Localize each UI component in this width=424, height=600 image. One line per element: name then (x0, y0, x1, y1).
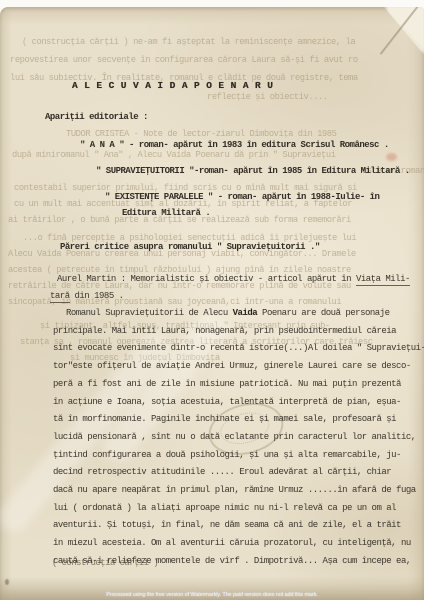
author-surname-bold: Vaida (233, 308, 258, 318)
paragraph-line: în acțiune e Ioana, soția acestuia, tale… (53, 397, 401, 407)
paragraph-line: lui ( ordonată ) la aliați aproape nimic… (53, 503, 396, 513)
ghost-line: după miniromanul " Ana" , Alecu Vaida Po… (12, 150, 336, 160)
paragraph-line: principale. Mai întîi Laura, nonagenară,… (53, 326, 396, 336)
periodical-name-part1: Viața Mili- (356, 274, 410, 286)
editorial-heading: Apariții editoriale : (45, 112, 148, 122)
paragraph-line: tă în morfinomanie. Paginile închinate e… (53, 414, 396, 424)
paragraph-line: Romanul Supraviețuitorii de Alecu Vaida … (66, 308, 389, 318)
book-entry-ana: " A N A " - roman- apărut în 1983 în edi… (80, 140, 389, 150)
article-reference-line1: Aurel Martin : Memorialistic și obiectiv… (57, 274, 410, 284)
paragraph-line: tor"este ofițerul de aviație Andrei Urmu… (53, 361, 411, 371)
page-title: A L E C U V A I D A P O E N A R U (72, 80, 273, 91)
periodical-name-part2: tară (50, 291, 70, 303)
red-smudge (386, 153, 397, 161)
folded-corner (384, 7, 424, 55)
ink-speck (5, 579, 9, 585)
ghost-line: TUDOR CRISTEA - Note de lector-ziarul Dî… (66, 129, 336, 139)
article-reference-line2: tară din 1985 . (50, 291, 124, 301)
paragraph-line: dacă nu apare neapărat în primul plan, r… (53, 485, 416, 495)
criticism-heading: Păreri critice asupra romanului " Suprav… (60, 242, 320, 252)
ghost-line: reflecție și obiectiv.... (207, 92, 328, 102)
paragraph-line: caută să-i reliefeze momentele de vîrf .… (53, 556, 411, 566)
ghost-line: repovestirea unor secvențe în configurar… (10, 55, 358, 65)
paragraph-line: aventurii. Și totuși, în final, ne dăm s… (53, 520, 401, 530)
processing-watermark: Processed using the free version of Wate… (106, 592, 317, 598)
paragraph-line: decînd retrospectiv atitudinile ..... Er… (53, 467, 391, 477)
book-entry-existente-paralele: " EXISTENȚE PARALELE " - roman- apărut î… (105, 192, 379, 202)
article-reference-year: din 1985 . (70, 291, 124, 301)
paragraph-line1-pre: Romanul Supraviețuitorii de Alecu (66, 308, 233, 318)
scanned-page: ( construcția cărții ) ne-am fi așteptat… (0, 0, 424, 600)
ghost-line: ( construcția cărții ) ne-am fi așteptat… (22, 37, 355, 47)
paragraph-line1-post: Poenaru are două personaje (257, 308, 389, 318)
book-entry-existente-paralele-wrap: Editura Militară . (122, 208, 210, 218)
paragraph-line: sînt evocate evenimente dintr-o recentă … (53, 343, 424, 353)
paragraph-line: țintind configurarea a două psihologii, … (53, 450, 401, 460)
paragraph-line: lucidă pensionară , sînt nu o dată eclat… (53, 432, 416, 442)
paragraph-line: în miezul acesteia. Om al aventurii căru… (53, 538, 411, 548)
article-reference-text: Aurel Martin : Memorialistic și obiectiv… (57, 274, 356, 284)
book-entry-supravietuitorii: " SUPRAVIEȚUITORII "-roman- apărut în 19… (96, 166, 410, 176)
paragraph-line: peră a fi fost ani de zile în misiune pa… (53, 379, 401, 389)
paper-sheet: ( construcția cărții ) ne-am fi așteptat… (0, 7, 424, 600)
